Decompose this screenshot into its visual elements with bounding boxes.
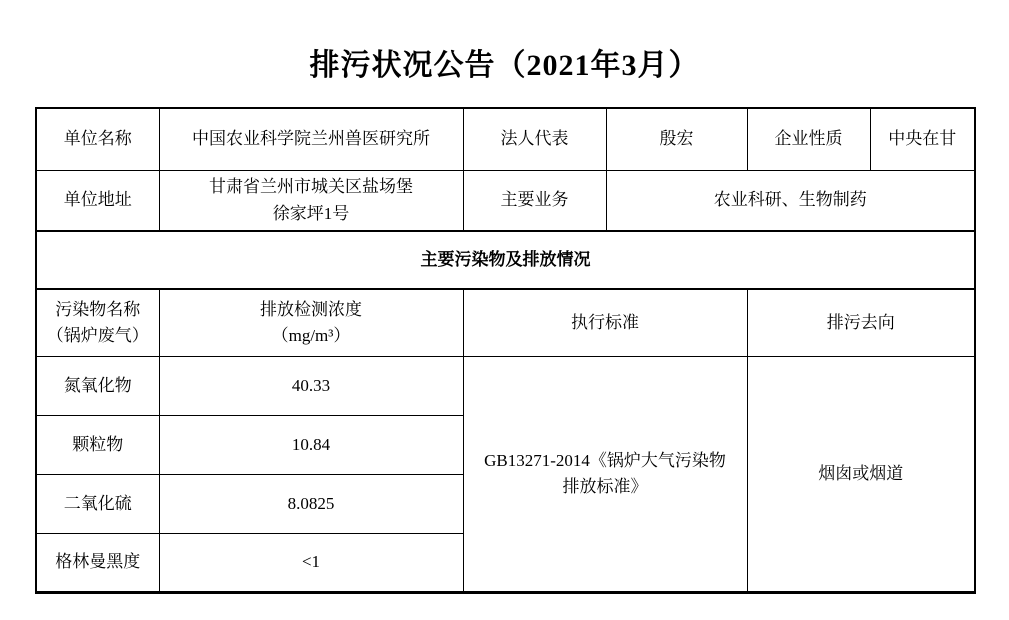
page-title: 排污状况公告（2021年3月）	[0, 0, 1009, 84]
unit-address-line1: 甘肃省兰州市城关区盐场堡	[166, 174, 457, 200]
main-business-label: 主要业务	[463, 171, 606, 232]
unit-address-label: 单位地址	[36, 171, 159, 232]
row-pollutant-nox: 氮氧化物 40.33 GB13271-2014《锅炉大气污染物 排放标准》 烟囱…	[36, 357, 975, 416]
destination-value: 烟囱或烟道	[747, 357, 975, 593]
pollutant-value: 40.33	[159, 357, 463, 416]
col-header-standard: 执行标准	[463, 289, 747, 357]
enterprise-nature-value: 中央在甘	[870, 108, 975, 171]
pollutant-value: 10.84	[159, 416, 463, 475]
col-header-concentration: 排放检测浓度 （mg/m³）	[159, 289, 463, 357]
col-header-pollutant-name-line2: （锅炉废气）	[43, 323, 153, 349]
col-header-pollutant-name-line1: 污染物名称	[43, 297, 153, 323]
col-header-pollutant-name: 污染物名称 （锅炉废气）	[36, 289, 159, 357]
row-section-header: 主要污染物及排放情况	[36, 231, 975, 289]
pollutant-name: 二氧化硫	[36, 475, 159, 534]
pollutant-name: 格林曼黑度	[36, 534, 159, 593]
pollutant-name: 氮氧化物	[36, 357, 159, 416]
pollutant-value: 8.0825	[159, 475, 463, 534]
row-pollutant-header: 污染物名称 （锅炉废气） 排放检测浓度 （mg/m³） 执行标准 排污去向	[36, 289, 975, 357]
unit-name-label: 单位名称	[36, 108, 159, 171]
legal-rep-label: 法人代表	[463, 108, 606, 171]
standard-value-line1: GB13271-2014《锅炉大气污染物	[470, 448, 741, 474]
legal-rep-value: 殷宏	[606, 108, 747, 171]
col-header-concentration-line2: （mg/m³）	[166, 323, 457, 349]
announcement-table: 单位名称 中国农业科学院兰州兽医研究所 法人代表 殷宏 企业性质 中央在甘 单位…	[35, 107, 976, 594]
row-unit-name: 单位名称 中国农业科学院兰州兽医研究所 法人代表 殷宏 企业性质 中央在甘	[36, 108, 975, 171]
pollutant-value: <1	[159, 534, 463, 593]
pollutant-name: 颗粒物	[36, 416, 159, 475]
col-header-concentration-line1: 排放检测浓度	[166, 297, 457, 323]
standard-value: GB13271-2014《锅炉大气污染物 排放标准》	[463, 357, 747, 593]
enterprise-nature-label: 企业性质	[747, 108, 870, 171]
unit-name-value: 中国农业科学院兰州兽医研究所	[159, 108, 463, 171]
section-title: 主要污染物及排放情况	[36, 231, 975, 289]
col-header-destination: 排污去向	[747, 289, 975, 357]
unit-address-value: 甘肃省兰州市城关区盐场堡 徐家坪1号	[159, 171, 463, 232]
standard-value-line2: 排放标准》	[470, 474, 741, 500]
row-unit-address: 单位地址 甘肃省兰州市城关区盐场堡 徐家坪1号 主要业务 农业科研、生物制药	[36, 171, 975, 232]
main-business-value: 农业科研、生物制药	[606, 171, 975, 232]
unit-address-line2: 徐家坪1号	[166, 201, 457, 227]
